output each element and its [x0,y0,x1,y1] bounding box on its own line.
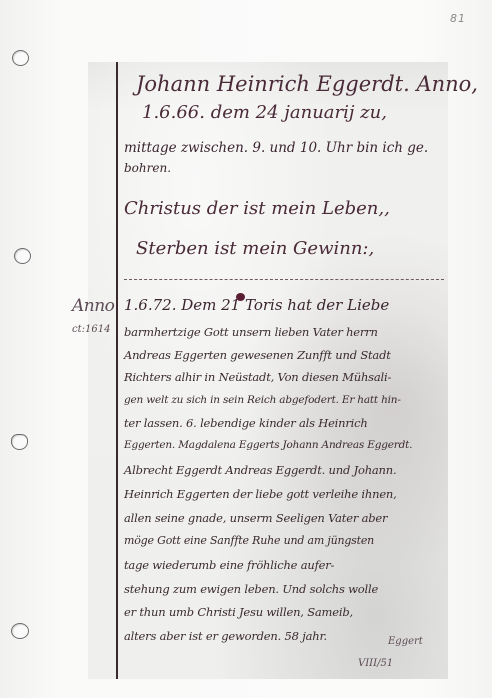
manuscript-line: Johann Heinrich Eggerdt. Anno, [136,72,478,96]
frame-margin-line [116,62,118,679]
manuscript-line: Sterben ist mein Gewinn:, [136,238,374,259]
manuscript-line: Richters alhir in Neüstadt, Von diesen M… [124,370,391,384]
page-number: 81 [450,12,466,25]
manuscript-line: 1.6.72. Dem 21 Toris hat der Liebe [124,296,389,314]
manuscript-line: Christus der ist mein Leben,, [124,198,390,219]
manuscript-line: stehung zum ewigen leben. Und solchs wol… [124,582,378,596]
manuscript-line: allen seine gnade, unserm Seeligen Vater… [124,511,387,525]
manuscript-line: 1.6.66. dem 24 januarij zu, [142,102,387,123]
margin-note: Anno ct:1614 [72,296,114,335]
manuscript-line: tage wiederumb eine fröhliche aufer- [124,558,334,572]
ink-blot [236,293,245,301]
manuscript-line: gen welt zu sich in sein Reich abgefoder… [124,394,401,406]
punch-hole [11,434,28,450]
manuscript-line: Eggerten. Magdalena Eggerts Johann Andre… [124,439,412,451]
manuscript-line: Albrecht Eggerdt Andreas Eggerdt. und Jo… [124,463,396,477]
manuscript-line: bohren. [124,161,171,175]
manuscript-line: mittage zwischen. 9. und 10. Uhr bin ich… [124,140,428,156]
manuscript-line: er thun umb Christi Jesu willen, Sameib, [124,605,353,619]
manuscript-line: alters aber ist er geworden. 58 jahr. [124,629,327,643]
manuscript-line: Heinrich Eggerten der liebe gott verleih… [124,487,397,501]
manuscript-line: ter lassen. 6. lebendige kinder als Hein… [124,416,368,430]
manuscript-line: barmhertzige Gott unsern lieben Vater he… [124,325,378,339]
manuscript-line: möge Gott eine Sanffte Ruhe und am jüngs… [124,534,374,547]
punch-hole [14,248,31,264]
margin-anno: Anno [72,296,114,316]
punch-hole [11,623,29,639]
document-page: 81 Anno ct:1614 Johann Heinrich Eggerdt.… [0,0,492,698]
section-divider [124,279,444,280]
manuscript-line: Andreas Eggerten gewesenen Zunfft und St… [124,348,391,362]
archive-mark: VIII/51 [358,658,393,669]
signature: Eggert [388,636,423,647]
margin-year: ct:1614 [72,324,114,335]
punch-hole [12,50,29,66]
